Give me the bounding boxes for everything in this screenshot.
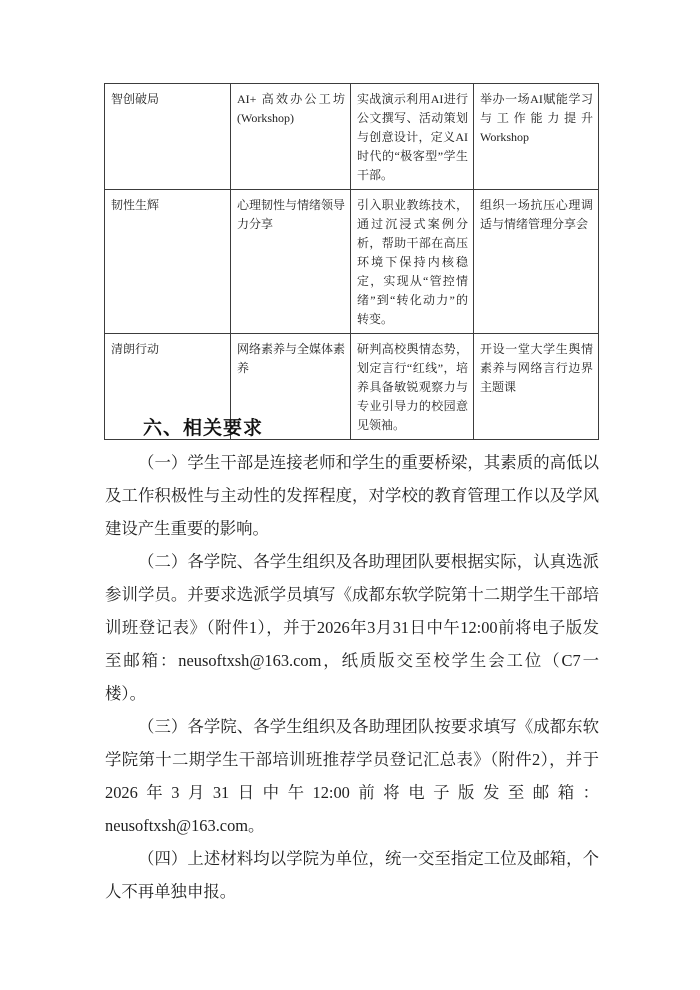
cell-course: 心理韧性与情绪领导力分享 xyxy=(231,190,351,334)
cell-theme: 韧性生辉 xyxy=(105,190,231,334)
cell-description: 实战演示利用AI进行公文撰写、活动策划与创意设计，定义AI时代的“极客型”学生干… xyxy=(351,84,474,190)
paragraph-4: （四）上述材料均以学院为单位，统一交至指定工位及邮箱，个人不再单独申报。 xyxy=(105,842,599,908)
training-schedule-table: 智创破局 AI+ 高效办公工坊(Workshop) 实战演示利用AI进行公文撰写… xyxy=(104,83,599,440)
paragraph-3: （三）各学院、各学生组织及各助理团队按要求填写《成都东软学院第十二期学生干部培训… xyxy=(105,710,599,842)
section-requirements: 六、相关要求 （一）学生干部是连接老师和学生的重要桥梁，其素质的高低以及工作积极… xyxy=(105,412,599,908)
section-heading: 六、相关要求 xyxy=(143,412,599,446)
cell-outcome: 举办一场AI赋能学习与工作能力提升Workshop xyxy=(474,84,599,190)
cell-description: 引入职业教练技术，通过沉浸式案例分析，帮助干部在高压环境下保持内核稳定，实现从“… xyxy=(351,190,474,334)
document-page: 智创破局 AI+ 高效办公工坊(Workshop) 实战演示利用AI进行公文撰写… xyxy=(0,0,700,990)
cell-outcome: 组织一场抗压心理调适与情绪管理分享会 xyxy=(474,190,599,334)
paragraph-1: （一）学生干部是连接老师和学生的重要桥梁，其素质的高低以及工作积极性与主动性的发… xyxy=(105,446,599,545)
table-row-resilience: 韧性生辉 心理韧性与情绪领导力分享 引入职业教练技术，通过沉浸式案例分析，帮助干… xyxy=(105,190,599,334)
cell-course: AI+ 高效办公工坊(Workshop) xyxy=(231,84,351,190)
cell-theme: 智创破局 xyxy=(105,84,231,190)
table-row-smart-breakthrough: 智创破局 AI+ 高效办公工坊(Workshop) 实战演示利用AI进行公文撰写… xyxy=(105,84,599,190)
paragraph-2: （二）各学院、各学生组织及各助理团队要根据实际，认真选派参训学员。并要求选派学员… xyxy=(105,545,599,710)
